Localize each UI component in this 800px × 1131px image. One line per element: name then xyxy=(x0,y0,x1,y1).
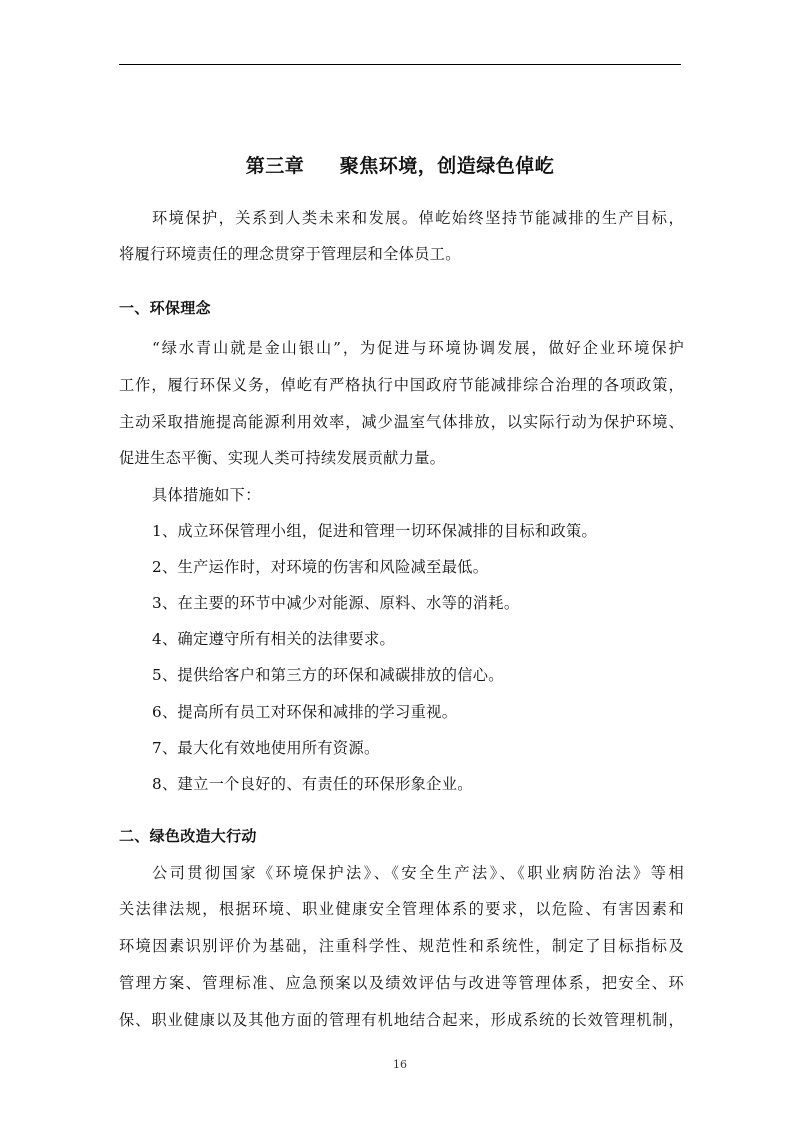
philosophy-line-2: 工作，履行环保义务，倬屹有严格执行中国政府节能减排综合治理的各项政策， xyxy=(119,374,684,395)
measures-intro: 具体措施如下： xyxy=(152,484,684,505)
list-item: 1、成立环保管理小组，促进和管理一切环保减排的目标和政策。 xyxy=(152,520,684,541)
list-item: 3、在主要的环节中减少对能源、原料、水等的消耗。 xyxy=(152,592,684,613)
page-number: 16 xyxy=(0,1058,800,1071)
philosophy-line-3: 主动采取措施提高能源利用效率，减少温室气体排放，以实际行动为保护环境、 xyxy=(119,411,684,432)
transformation-line-5: 保、职业健康以及其他方面的管理有机地结合起来，形成系统的长效管理机制， xyxy=(119,1009,684,1030)
chapter-title: 第三章 聚焦环境，创造绿色倬屹 xyxy=(0,151,800,178)
header-rule xyxy=(119,64,681,65)
list-item: 5、提供给客户和第三方的环保和减碳排放的信心。 xyxy=(152,664,684,685)
transformation-line-1: 公司贯彻国家《环境保护法》、《安全生产法》、《职业病防治法》等相 xyxy=(152,862,684,883)
transformation-line-2: 关法律法规，根据环境、职业健康安全管理体系的要求，以危险、有害因素和 xyxy=(119,898,684,919)
list-item: 8、建立一个良好的、有责任的环保形象企业。 xyxy=(152,773,684,794)
transformation-line-3: 环境因素识别评价为基础，注重科学性、规范性和系统性，制定了目标指标及 xyxy=(119,935,684,956)
list-item: 7、最大化有效地使用所有资源。 xyxy=(152,737,684,758)
transformation-line-4: 管理方案、管理标准、应急预案以及绩效评估与改进等管理体系，把安全、环 xyxy=(119,972,684,993)
list-item: 2、生产运作时，对环境的伤害和风险减至最低。 xyxy=(152,556,684,577)
section-heading-environmental-philosophy: 一、环保理念 xyxy=(119,297,211,318)
intro-line-2: 将履行环境责任的理念贯穿于管理层和全体员工。 xyxy=(119,243,684,264)
philosophy-line-4: 促进生态平衡、实现人类可持续发展贡献力量。 xyxy=(119,447,684,468)
list-item: 4、确定遵守所有相关的法律要求。 xyxy=(152,628,684,649)
list-item: 6、提高所有员工对环保和减排的学习重视。 xyxy=(152,701,684,722)
philosophy-line-1: “绿水青山就是金山银山”，为促进与环境协调发展，做好企业环境保护 xyxy=(152,337,684,358)
section-heading-green-transformation: 二、绿色改造大行动 xyxy=(119,825,257,846)
intro-line-1: 环境保护，关系到人类未来和发展。倬屹始终坚持节能减排的生产目标， xyxy=(152,207,684,228)
